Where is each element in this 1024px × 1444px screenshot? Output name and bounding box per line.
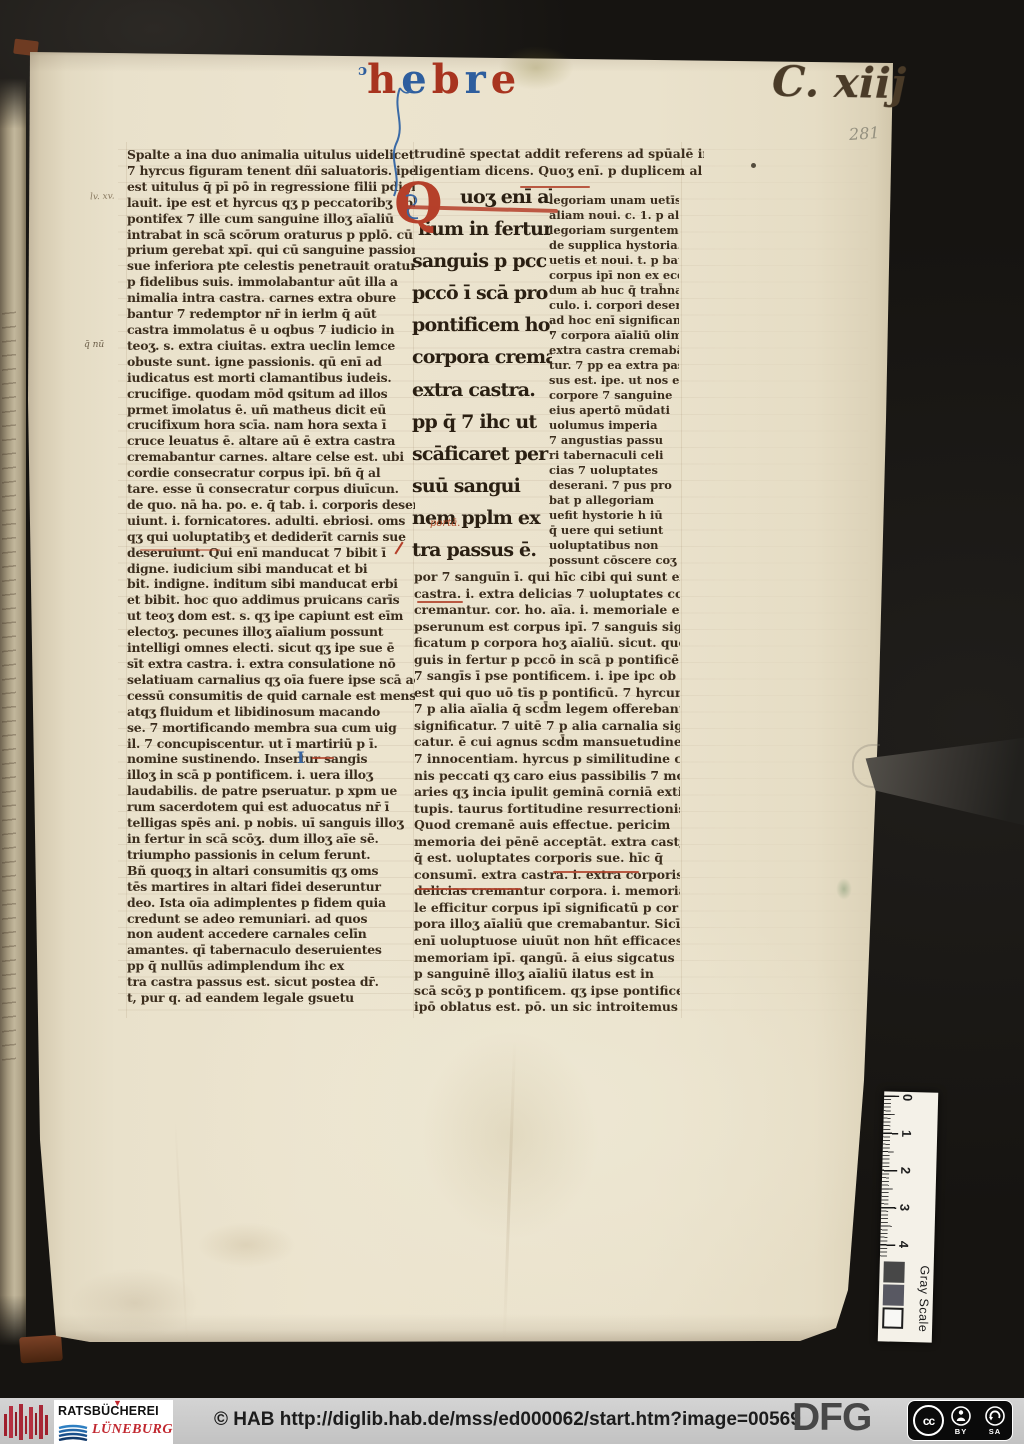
manuscript-text-line: cias 7 uoluptates (549, 463, 679, 478)
manuscript-text-line: culo. i. corpori deseruit. (549, 298, 679, 313)
lower-gloss-column: por 7 sanguīn ī. qui hīc cibi qui sunt e… (414, 569, 680, 1017)
manuscript-text-line: memoria dei pēnē acceptāt. extra castʒ (414, 834, 680, 851)
manuscript-text-line: extra castra cremabā (549, 343, 679, 358)
manuscript-text-line: delicias cremantur corpora. i. memoria (414, 883, 680, 900)
grayscale-label: Gray Scale (916, 1265, 932, 1332)
manuscript-text-line: cruce leuatus ē. altare aū ē extra castr… (127, 433, 415, 449)
manuscript-text-line: deo. Ista oīa adimplentes p fidem quia (127, 895, 415, 911)
cc-by-attribution: BY (944, 1406, 978, 1436)
manuscript-text-line: por 7 sanguīn ī. qui hīc cibi qui sunt e… (414, 569, 680, 586)
lemma-text-line: scāficaret per (412, 438, 552, 470)
manuscript-text-line: nis peccati qʒ caro eius passibilis 7 mo… (414, 768, 680, 785)
manuscript-text-line: sus est. ipe. ut nos ex (549, 373, 679, 388)
library-bars-logo (4, 1404, 50, 1440)
grayscale-card-face: 01234 Gray Scale (878, 1091, 939, 1342)
chapter-number: C. xiij (772, 57, 907, 108)
manuscript-text-line: obuste sunt. igne passionis. qū enī ad (127, 354, 415, 370)
manuscript-text-line: dum ab huc q̄ trah̄na (549, 283, 679, 298)
manuscript-text-line: uoluptatibus non (549, 538, 679, 553)
manuscript-text-line: trudinē spectat addit referens ad spūalē… (414, 146, 704, 163)
manuscript-text-line: corpore 7 sanguine (549, 388, 679, 403)
manuscript-text-line: guis in fertur p pccō in scā p pontificē… (414, 652, 680, 669)
blue-penwork-flourish (384, 86, 414, 198)
manuscript-text-line: de quo. nā ha. po. e. q̄ tab. i. corpori… (127, 497, 415, 513)
manuscript-text-line: catur. ē cui agnus scd̄m mansuetudine (414, 734, 680, 751)
red-underline (140, 549, 220, 551)
manuscript-text-line: in fertur in scā scōʒ. dum illoʒ aīe sē. (127, 831, 415, 847)
manuscript-text-line: rum sacerdotem qui est aduocatus nr̄ ī (127, 799, 415, 815)
library-city: LÜNEBURG (92, 1422, 173, 1438)
manuscript-text-line: Spalte a ina duo animalia uitulus uideli… (127, 147, 415, 163)
small-stain (196, 1222, 296, 1268)
red-underline (417, 601, 463, 603)
manuscript-text-line: aliam noui. c. 1. p al (549, 208, 679, 223)
manuscript-text-line: uetis et noui. t. p bat (549, 253, 679, 268)
ruler-number: 4 (896, 1241, 911, 1249)
title-prefix-mark: ɔ (358, 61, 367, 79)
manuscript-text-line: telligas spēs ani. p nobis. uī sanguis i… (127, 815, 415, 831)
manuscript-text-line: triumpho passionis in celum ferunt. (127, 847, 415, 863)
manuscript-text-line: non audent accedere carnales celīn (127, 926, 415, 942)
title-letter: b (432, 56, 465, 103)
right-gloss-column: legoriam unam uetīsaliam noui. c. 1. p a… (549, 193, 679, 569)
binding-bottom-sliver (19, 1335, 63, 1364)
manuscript-text-line: enī uoluptuose uiuūt non hñt efficaces (414, 933, 680, 950)
manuscript-text-line: castra immolatus ē u oqbus 7 iudicio in (127, 322, 415, 338)
manuscript-text-line: deserani. 7 pus pro (549, 478, 679, 493)
book-fan-icon (58, 1424, 88, 1441)
manuscript-text-line: legoriam surgentem (549, 223, 679, 238)
manuscript-text-line: cordie consecratur corpus ipī. bñ q̄ al (127, 465, 415, 481)
manuscript-text-line: bat p allegoriam (549, 493, 679, 508)
lemma-text-line: suū sangui (412, 470, 552, 502)
red-stroke (312, 757, 334, 759)
sharealike-icon (985, 1406, 1005, 1426)
manuscript-text-line: atqʒ fluidum et libidinosum macando (127, 704, 415, 720)
manuscript-text-line: sīt extra castra. i. extra consulatione … (127, 656, 415, 672)
manuscript-text-line: pontifex 7 ille cum sanguine illoʒ aīali… (127, 211, 415, 227)
bible-lemma-large-script: uoʒ enī aīalium in fertursanguis p pccpc… (412, 181, 552, 569)
red-underline (520, 186, 590, 188)
manuscript-text-line: ligentiam dicens. Quoʒ enī. p duplicem a… (414, 163, 704, 180)
red-drop-mark: ▼ (113, 1398, 122, 1408)
manuscript-text-line: tupis. taurus fortitudine resurrectionis… (414, 801, 680, 818)
manuscript-text-line: p sanguinē illoʒ aīaliū ilatus est in (414, 966, 680, 983)
lemma-text-line: pontificem hoʒ (412, 309, 552, 341)
manuscript-text-line: illoʒ in scā p pontificem. i. uera illoʒ (127, 767, 415, 783)
manuscript-text-line: tra castra passus est. sicut postea dr̄. (127, 974, 415, 990)
lemma-text-line: corpora cremanē (412, 341, 552, 373)
title-letter: e (491, 56, 521, 103)
manuscript-text-line: aries qʒ incia ipulit geminā corniā exti (414, 784, 680, 801)
ruler-number: 1 (899, 1130, 914, 1138)
red-underline (417, 888, 521, 890)
manuscript-text-line: iudicatus est morti clamantibus iudeis. (127, 370, 415, 386)
manuscript-text-line: possunt cōscere coʒ (549, 553, 679, 568)
adjacent-leaf-fore-edge (0, 78, 26, 1346)
ruling-vertical-right (681, 142, 682, 1018)
gray-swatch-white (882, 1307, 904, 1329)
manuscript-text-line: 7 angustias passu (549, 433, 679, 448)
manuscript-text-line: pora illoʒ aīaliū que cremabantur. Sicīt (414, 916, 680, 933)
manuscript-text-line: 7 p alia aīalia q̄ scd̄m legem offereban… (414, 701, 680, 718)
running-title-hebre: ɔhebre (358, 56, 521, 103)
manuscript-text-line: 7 sangīs ī pse pontificem. i. ipe ipc ob… (414, 668, 680, 685)
manuscript-text-line: pserunum est corpus ipī. 7 sanguis signi… (414, 619, 680, 636)
ruler-numbers: 01234 (932, 1093, 939, 1343)
ruler-number: 2 (898, 1167, 913, 1175)
manuscript-text-line: cessū consumitis de quid carnale est men… (127, 688, 415, 704)
manuscript-text-line: selatiuam carnalius qʒ oīa fuere ipse sc… (127, 672, 415, 688)
ruler-number: 3 (897, 1204, 912, 1212)
person-icon (951, 1406, 971, 1426)
manuscript-text-line: deseruiunt. Qui enī manducat 7 bibit ī (127, 545, 415, 561)
manuscript-text-line: significatur. 7 uitē 7 p alia carnalia s… (414, 718, 680, 735)
manuscript-text-line: q̄ est. uoluptates corporis sue. hīc q̄ (414, 850, 680, 867)
manuscript-text-line: uiunt. i. fornicatores. adulti. ebriosi.… (127, 513, 415, 529)
manuscript-text-line: eius apertō mūdati (549, 403, 679, 418)
gray-swatch-mid (883, 1284, 905, 1306)
manuscript-text-line: uefit hystorie h iū (549, 508, 679, 523)
ruler-number: 0 (900, 1094, 915, 1102)
cc-sa-label: SA (989, 1427, 1001, 1436)
manuscript-text-line: cremabantur carnes. altare celse est. ub… (127, 449, 415, 465)
manuscript-text-line: 7 corpora aīaliū olim (549, 328, 679, 343)
manuscript-text-line: intelligi omnes electi. sicut qʒ ipe sue… (127, 640, 415, 656)
copyright-url-text: © HAB http://diglib.hab.de/mss/ed000062/… (214, 1409, 801, 1431)
manuscript-text-line: corpus ipī non ex ecē (549, 268, 679, 283)
manuscript-text-line: nomine sustinendo. Insertur sangis (127, 751, 415, 767)
manuscript-text-line: le efficitur corpus ipī significatū p co… (414, 900, 680, 917)
manuscript-text-line: prmet īmolatus ē. uñ matheus dicit eū (127, 402, 415, 418)
fore-edge-text-flecks (2, 306, 16, 1067)
manuscript-text-line: ficatum p corpora hoʒ aīaliū. sicut. quo… (414, 635, 680, 652)
manuscript-text-line: est qui quo uō tīs p pontificū. 7 hyrcum… (414, 685, 680, 702)
gray-swatch-dark (883, 1261, 905, 1283)
manuscript-text-line: scā scōʒ p pontificem. qʒ ipse pontifice… (414, 983, 680, 1000)
manuscript-text-line: memoriam ipī. qangū. ā eius sigcatus (414, 950, 680, 967)
cc-sa-sharealike: SA (978, 1406, 1012, 1436)
manuscript-text-line: crucifixum hora scīa. nam hora sexta ī (127, 417, 415, 433)
manuscript-text-line: Bñ quoqʒ in altari consumitis qʒ oms (127, 863, 415, 879)
corner-grime (70, 1268, 200, 1338)
cc-icon: cc (913, 1405, 944, 1436)
ink-dot (751, 163, 756, 168)
ruler-ticks (880, 1095, 884, 1257)
manuscript-text-line: ri tabernaculi celi (549, 448, 679, 463)
manuscript-text-line: credunt se adeo remuniari. ad quos (127, 911, 415, 927)
title-letter: r (465, 56, 491, 103)
blue-initial-i: I (297, 748, 304, 767)
manuscript-text-line: Quod cremanē auis effectue. pericim (414, 817, 680, 834)
manuscript-text-line: digne. iudicium sibi manducat et bi (127, 561, 415, 577)
manuscript-text-line: q̄ uere qui setiunt (549, 523, 679, 538)
manuscript-text-line: se. 7 mortificando membra sua cum uig (127, 720, 415, 736)
library-name: RATSBÜCHEREI (58, 1404, 159, 1418)
manuscript-text-line: ad hoc enī significand (549, 313, 679, 328)
manuscript-text-line: consumī. extra castra. i. extra corporis (414, 867, 680, 884)
manuscript-text-line: lauit. ipe est et hyrcus qʒ p peccatorib… (127, 195, 415, 211)
manuscript-text-line: est uitulus q̄ pī pō in regressione fili… (127, 179, 415, 195)
interlinear-gloss: portā. (430, 518, 460, 529)
manuscript-text-line: crucifige. quodam mōd qsitum ad illos (127, 386, 415, 402)
manuscript-text-line: uolumus imperia (549, 418, 679, 433)
manuscript-text-line: nimalia intra castra. carnes extra obure (127, 290, 415, 306)
green-smudge (836, 878, 852, 900)
red-underline (553, 871, 639, 873)
manuscript-text-line: 7 innocentiam. hyrcus p similitudine car (414, 751, 680, 768)
manuscript-text-line: tēs martires in altari fidei deseruntur (127, 879, 415, 895)
manuscript-text-line: bit. indigne. inditum sibi manducat erbi (127, 576, 415, 592)
lemma-text-line: sanguis p pcc (412, 245, 552, 277)
manuscript-text-line: qʒ qui uoluptatibʒ et dediderīt carnis s… (127, 529, 415, 545)
manuscript-text-line: sue inferiora pte celestis penetrauit or… (127, 258, 415, 274)
manuscript-scan-viewer: ɔhebre C. xiij 281 Spalte a ina duo anim… (0, 0, 1024, 1444)
lemma-text-line: pp q̄ 7 ihc ut (412, 406, 552, 438)
manuscript-text-line: t, pur q. ad eandem legale gsuetu (127, 990, 415, 1006)
manuscript-text-line: p fidelibus suis. immolabantur aūt illa … (127, 274, 415, 290)
margin-note: q̄ nū (84, 340, 104, 350)
manuscript-text-line: castra. i. extra delicias 7 uoluptates c… (414, 586, 680, 603)
column-b-intro-lines: trudinē spectat addit referens ad spūalē… (414, 146, 704, 182)
manuscript-text-line: teoʒ. s. extra ciuitas. extra ueclin lem… (127, 338, 415, 354)
manuscript-text-line: intrabat in scā scōrum oraturus p pplō. … (127, 227, 415, 243)
manuscript-text-line: cremantur. cor. ho. aīa. i. memoriale et (414, 602, 680, 619)
manuscript-text-line: de supplica hystoria. s (549, 238, 679, 253)
lemma-text-line: extra castra. (412, 374, 552, 406)
manuscript-text-line: tur. 7 pp ea extra pas (549, 358, 679, 373)
pencil-foliation: 281 (848, 123, 880, 144)
grayscale-calibration-card: 01234 Gray Scale (878, 1091, 939, 1342)
manuscript-text-line: pp q̄ nullūs adimplendum ihc ex (127, 958, 415, 974)
lemma-text-line: pccō ī scā pro (412, 277, 552, 309)
manuscript-text-line: electoʒ. pecunes illoʒ aīalium possunt (127, 624, 415, 640)
cc-license-badge: cc BY SA (907, 1400, 1013, 1441)
manuscript-text-line: bantur 7 redemptor nr̄ in ierlm q̄ aūt (127, 306, 415, 322)
manuscript-text-line: 7 hyrcus figuram tenent dñi saluatoris. … (127, 163, 415, 179)
manuscript-text-line: laudabilis. de patre pseruatur. p xpm ue (127, 783, 415, 799)
manuscript-text-line: ipō oblatus est. pō. un sic introitemus (414, 999, 680, 1016)
page-holder-arm (864, 736, 1024, 830)
left-gloss-column: Spalte a ina duo animalia uitulus uideli… (127, 147, 415, 1006)
margin-note-citation: lv. xv. (90, 192, 115, 203)
footer-bar: RATSBÜCHEREI ▼ LÜNEBURG © HAB http://dig… (0, 1398, 1024, 1444)
manuscript-text-line: et bibit. hoc quo addimus pruicans carīs (127, 592, 415, 608)
cc-by-label: BY (955, 1427, 967, 1436)
dfg-logo: DFG (792, 1396, 871, 1440)
manuscript-text-line: il. 7 concupiscentur. ut ī martiriū p ī. (127, 736, 415, 752)
manuscript-text-line: prium gerebat xpī. qui cū sanguine passi… (127, 242, 415, 258)
lemma-text-line: tra passus ē. (412, 534, 552, 566)
manuscript-text-line: legoriam unam uetīs (549, 193, 679, 208)
manuscript-text-line: amantes. qī tabernaculo deseruientes (127, 942, 415, 958)
manuscript-text-line: tare. esse ū consecratur corpus diuīcun. (127, 481, 415, 497)
library-logo-box: RATSBÜCHEREI ▼ LÜNEBURG (54, 1400, 173, 1444)
manuscript-text-line: ut teoʒ dom est. s. qʒ ipe capiunt est e… (127, 608, 415, 624)
